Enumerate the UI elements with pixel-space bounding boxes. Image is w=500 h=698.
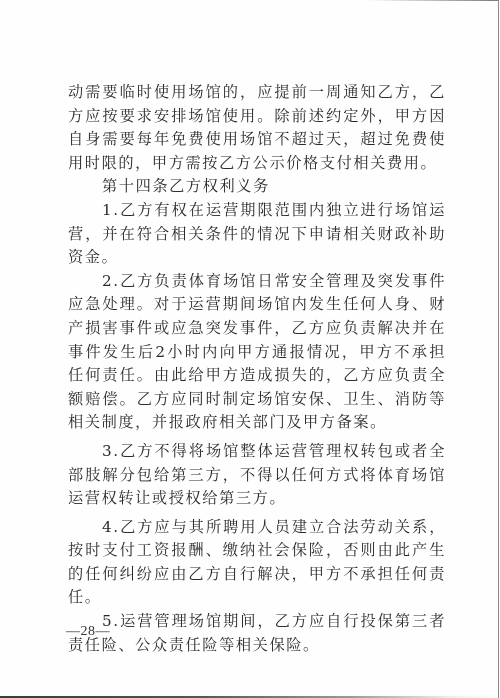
clause-item-1: 1.乙方有权在运营期限范围内独立进行场馆运营，并在符合相关条件的情况下申请相关财… — [68, 199, 446, 270]
clause-item-5: 5.运营管理场馆期间，乙方应自行投保第三者责任险、公众责任险等相关保险。 — [68, 610, 446, 657]
page-number: —28— — [66, 624, 110, 640]
document-body: 动需要临时使用场馆的，应提前一周通知乙方，乙方应按要求安排场馆使用。除前述约定外… — [68, 81, 446, 657]
document-page: 动需要临时使用场馆的，应提前一周通知乙方，乙方应按要求安排场馆使用。除前述约定外… — [0, 0, 500, 698]
article-14-heading: 第十四条乙方权利义务 — [68, 175, 446, 199]
clause-item-2: 2.乙方负责体育场馆日常安全管理及突发事件应急处理。对于运营期间场馆内发生任何人… — [68, 270, 446, 435]
clause-item-3: 3.乙方不得将场馆整体运营管理权转包或者全部肢解分包给第三方，不得以任何方式将体… — [68, 440, 446, 511]
scan-edge-top — [368, 0, 498, 1]
scan-edge-right — [498, 0, 499, 698]
clause-item-4: 4.乙方应与其所聘用人员建立合法劳动关系，按时支付工资报酬、缴纳社会保险，否则由… — [68, 516, 446, 610]
paragraph-continuation: 动需要临时使用场馆的，应提前一周通知乙方，乙方应按要求安排场馆使用。除前述约定外… — [68, 81, 446, 175]
